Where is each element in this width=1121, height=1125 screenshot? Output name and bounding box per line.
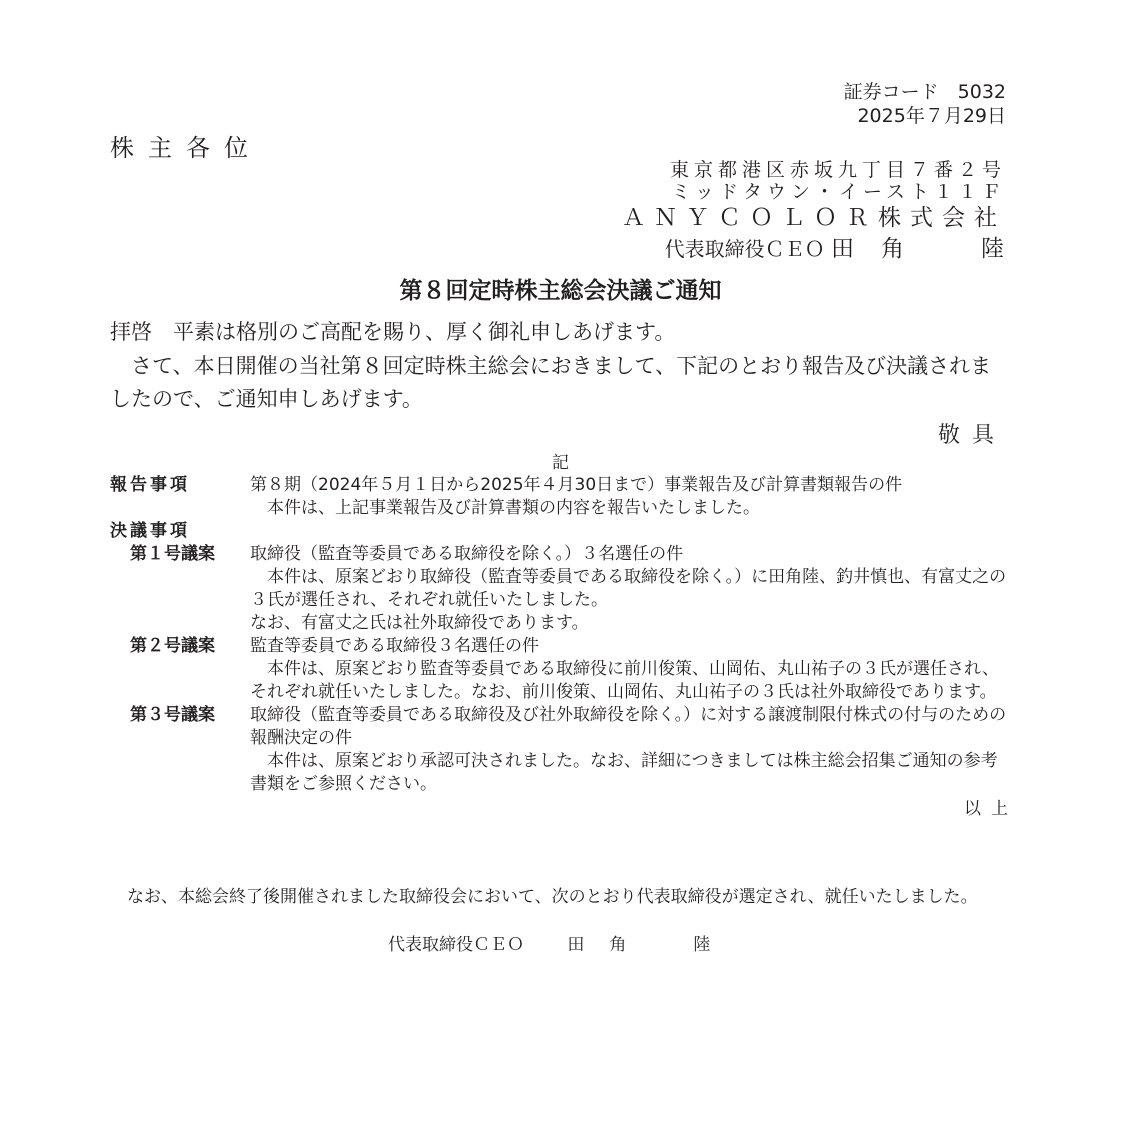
resolution-note: なお、有富丈之氏は社外取締役であります。 — [250, 612, 1008, 635]
representative: 代表取締役ＣＥＯ 田 角 陸 — [665, 234, 1006, 264]
final-representative: 代表取締役ＣＥＯ 田 角 陸 — [388, 934, 714, 957]
rep-name: 田 角 陸 — [831, 236, 1006, 262]
resolution-item: 第２号議案 監査等委員である取締役３名選任の件 本件は、原案どおり監査等委員であ… — [110, 635, 1008, 704]
resolution-title: 取締役（監査等委員である取締役を除く。）３名選任の件 — [250, 543, 1008, 566]
rep-title: 代表取締役ＣＥＯ — [665, 237, 825, 261]
report-body: 本件は、上記事業報告及び計算書類の内容を報告いたしました。 — [250, 497, 1008, 520]
resolution-label: 第２号議案 — [110, 635, 250, 704]
securities-code: 証券コード 5032 — [844, 80, 1006, 104]
end-marker: 以上 — [110, 798, 1018, 821]
resolution-item: 第３号議案 取締役（監査等委員である取締役及び社外取締役を除く。）に対する譲渡制… — [110, 704, 1008, 796]
notice-date: 2025年７月29日 — [857, 104, 1006, 128]
final-rep-name: 田 角 陸 — [567, 935, 714, 955]
resolutions-header: 決議事項 — [110, 520, 1008, 543]
report-title: 第８期（2024年５月１日から2025年４月30日まで）事業報告及び計算書類報告… — [250, 474, 1008, 497]
resolution-label: 第１号議案 — [110, 543, 250, 635]
report-label: 報告事項 — [110, 474, 250, 520]
resolution-body: 本件は、原案どおり承認可決されました。なお、詳細につきましては株主総会招集ご通知… — [250, 750, 1008, 796]
greeting-line: 拝啓 平素は格別のご高配を賜り、厚く御礼申しあげます。 — [110, 316, 1008, 349]
report-section: 報告事項 第８期（2024年５月１日から2025年４月30日まで）事業報告及び計… — [110, 474, 1008, 520]
company-address-line2: ミッドタウン・イースト１１Ｆ — [671, 180, 1006, 204]
greeting-body: さて、本日開催の当社第８回定時株主総会におきまして、下記のとおり報告及び決議され… — [110, 350, 1008, 416]
closing-salutation: 敬具 — [938, 418, 1006, 449]
closing-note: なお、本総会終了後開催されました取締役会において、次のとおり代表取締役が選定され… — [110, 886, 1008, 909]
resolution-item: 第１号議案 取締役（監査等委員である取締役を除く。）３名選任の件 本件は、原案ど… — [110, 543, 1008, 635]
closing-note-text: なお、本総会終了後開催されました取締役会において、次のとおり代表取締役が選定され… — [110, 886, 1008, 909]
resolutions-label: 決議事項 — [110, 520, 250, 543]
company-address-line1: 東京都港区赤坂九丁目７番２号 — [670, 158, 1006, 182]
agenda-items: 報告事項 第８期（2024年５月１日から2025年４月30日まで）事業報告及び計… — [110, 474, 1008, 821]
document-title: 第８回定時株主総会決議ご通知 — [0, 272, 1121, 305]
ki-marker: 記 — [0, 448, 1121, 473]
resolution-title: 監査等委員である取締役３名選任の件 — [250, 635, 1008, 658]
company-name: ＡＮＹＣＯＬＯＲ株式会社 — [622, 203, 1006, 233]
resolution-body: 本件は、原案どおり取締役（監査等委員である取締役を除く。）に田角陸、釣井慎也、有… — [250, 566, 1008, 612]
resolution-title: 取締役（監査等委員である取締役及び社外取締役を除く。）に対する譲渡制限付株式の付… — [250, 704, 1008, 750]
resolution-label: 第３号議案 — [110, 704, 250, 796]
final-rep-title: 代表取締役ＣＥＯ — [388, 935, 524, 955]
addressee: 株主各位 — [110, 128, 262, 163]
resolution-body: 本件は、原案どおり監査等委員である取締役に前川俊策、山岡佑、丸山祐子の３氏が選任… — [250, 658, 1008, 704]
